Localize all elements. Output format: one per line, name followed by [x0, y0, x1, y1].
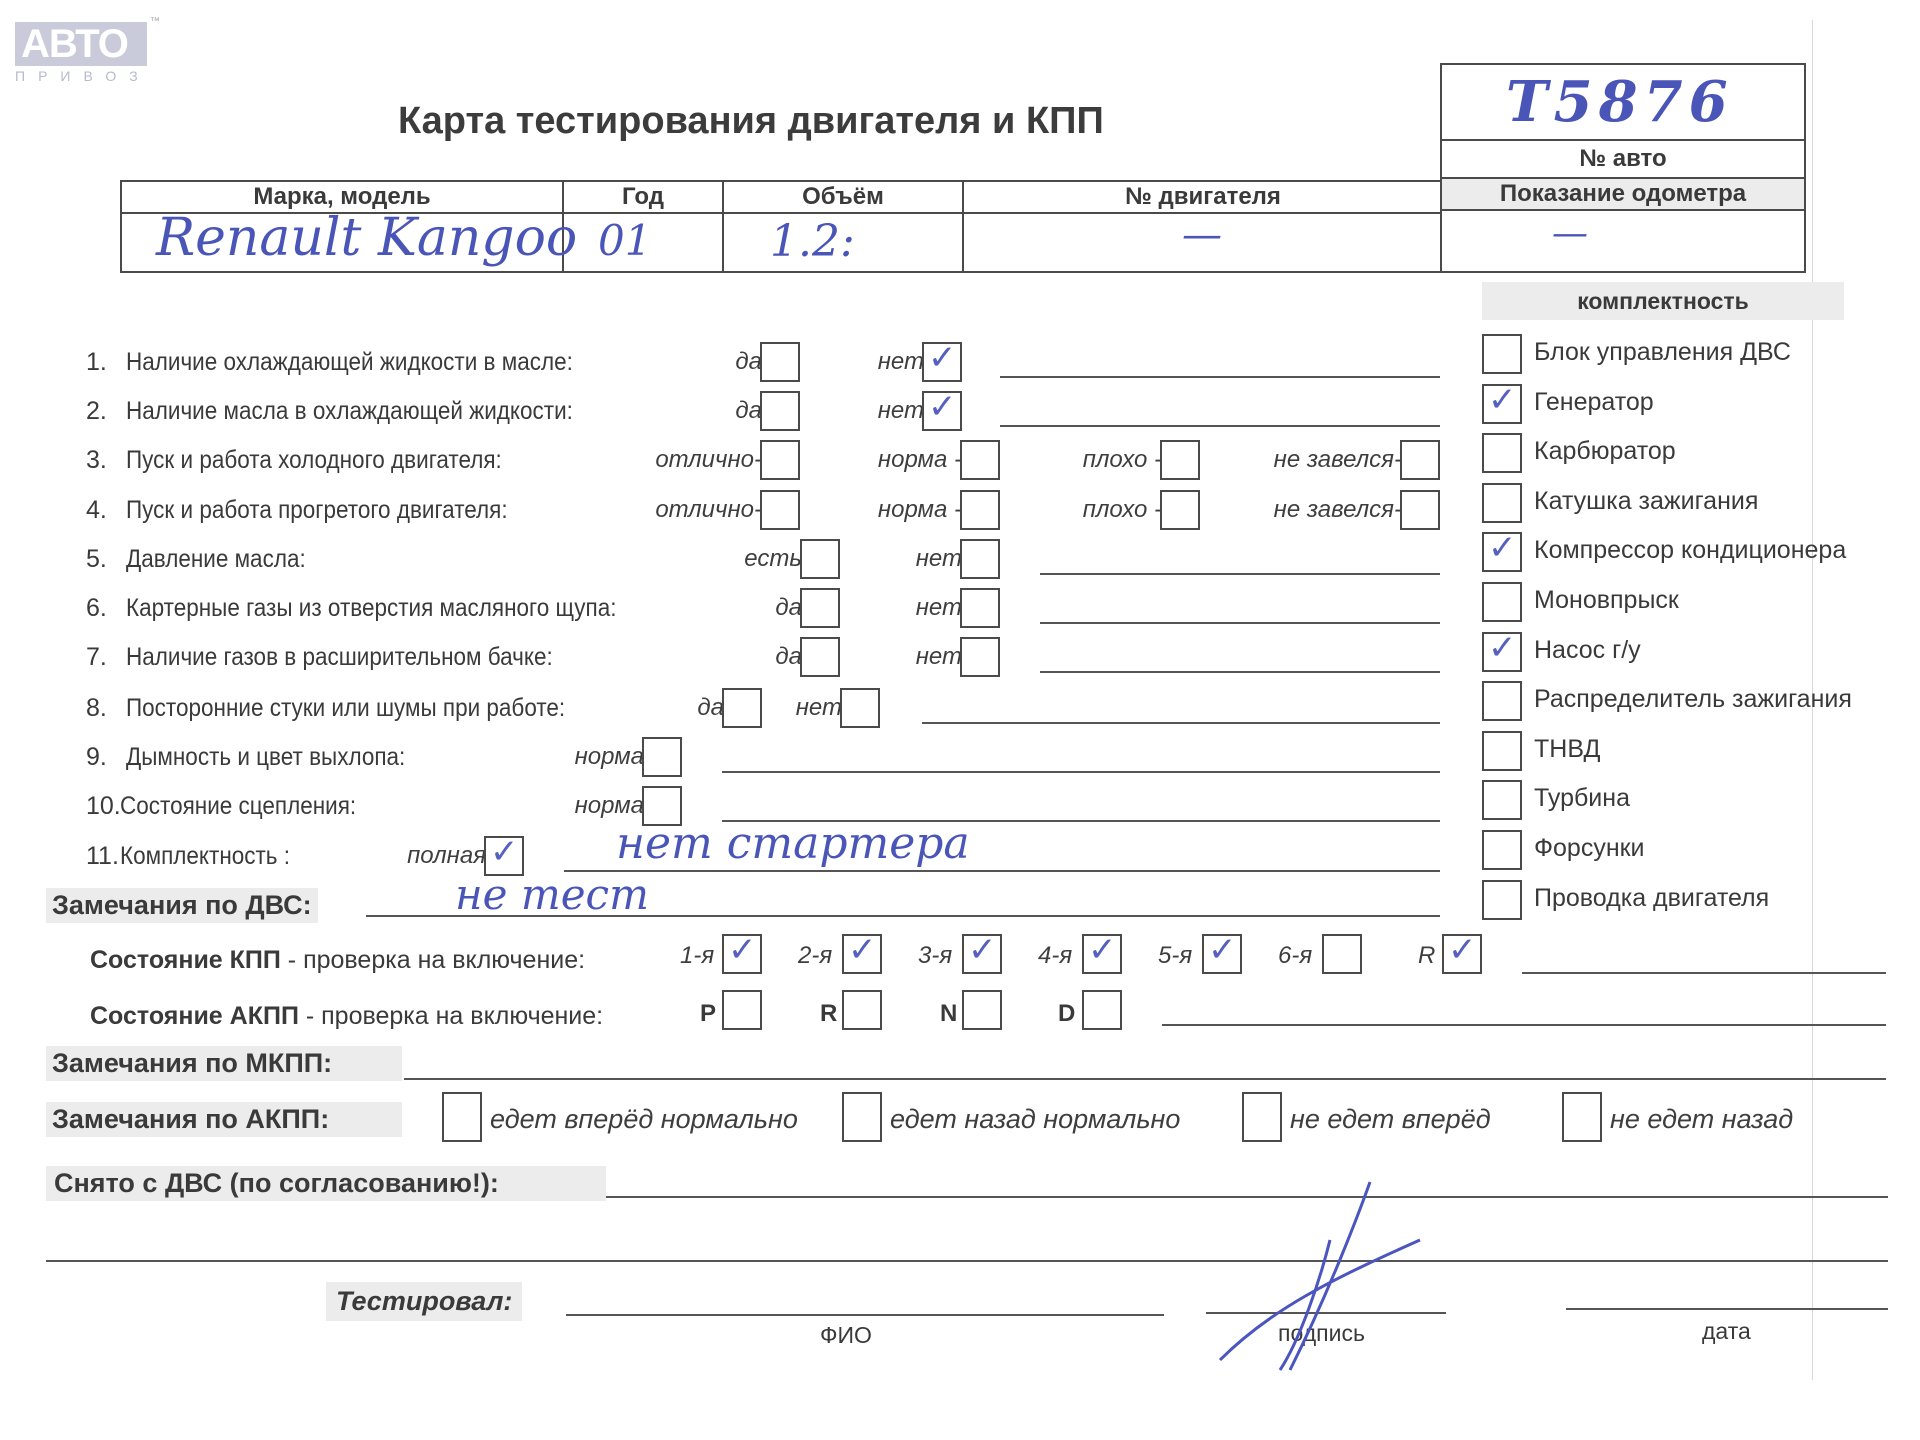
odometer-value-row: —	[1442, 211, 1804, 271]
check-notes-line[interactable]	[722, 771, 1440, 773]
completeness-checkbox[interactable]: ✓	[1482, 532, 1522, 572]
completeness-checkbox[interactable]: ✓	[1482, 632, 1522, 672]
fio-line[interactable]	[566, 1314, 1164, 1316]
check-notes-line[interactable]	[564, 870, 1440, 872]
removed-parts-label: Снято с ДВС (по согласованию!):	[46, 1166, 606, 1201]
akpp-option-checkbox[interactable]	[1562, 1092, 1602, 1142]
gear-checkbox[interactable]: ✓	[722, 934, 762, 974]
check-mark-icon: ✓	[928, 387, 957, 427]
auto-mode-label: P	[700, 1000, 716, 1028]
manual-gearbox-label: Состояние КПП - проверка на включение:	[90, 946, 585, 975]
check-mark-icon: ✓	[1448, 930, 1477, 970]
gear-checkbox[interactable]: ✓	[1442, 934, 1482, 974]
check-option-checkbox[interactable]	[960, 440, 1000, 480]
gear-label: 6-я	[1278, 942, 1312, 970]
check-option-label: нет	[916, 545, 962, 573]
check-option-checkbox[interactable]	[1400, 440, 1440, 480]
logo: АВТО	[15, 22, 147, 66]
check-mark-icon: ✓	[928, 338, 957, 378]
tested-by-label: Тестировал:	[326, 1282, 522, 1321]
completeness-item-label: Генератор	[1534, 388, 1654, 417]
completeness-item-label: Блок управления ДВС	[1534, 338, 1791, 367]
check-notes-line[interactable]	[1040, 671, 1440, 673]
manual-gearbox-label-rest: - проверка на включение:	[281, 946, 585, 974]
auto-mode-checkbox[interactable]	[962, 990, 1002, 1030]
manual-gearbox-label-bold: Состояние КПП	[90, 946, 281, 974]
completeness-title: комплектность	[1482, 282, 1844, 320]
completeness-checkbox[interactable]	[1482, 830, 1522, 870]
gear-checkbox[interactable]	[1322, 934, 1362, 974]
akpp-option-label: не едет вперёд	[1290, 1104, 1491, 1135]
check-item-label: Картерные газы из отверстия масляного щу…	[126, 594, 616, 623]
check-option-label: да	[775, 594, 802, 622]
check-option-checkbox[interactable]	[960, 490, 1000, 530]
check-option-checkbox[interactable]	[960, 637, 1000, 677]
check-item-number: 10.	[86, 792, 121, 821]
check-mark-icon: ✓	[848, 930, 877, 970]
check-option-label: нет	[916, 594, 962, 622]
make-model-cell: Марка, модель Renault Kangoo	[122, 182, 564, 271]
check-option-label: нет	[796, 694, 842, 722]
check-option-checkbox[interactable]	[760, 391, 800, 431]
check-mark-icon: ✓	[968, 930, 997, 970]
check-item-label: Наличие охлаждающей жидкости в масле:	[126, 348, 573, 377]
check-option-checkbox[interactable]	[1400, 490, 1440, 530]
auto-mode-checkbox[interactable]	[722, 990, 762, 1030]
car-number-value[interactable]: T5876	[1506, 69, 1734, 135]
check-option-checkbox[interactable]	[960, 539, 1000, 579]
volume-value[interactable]: 1.2:	[770, 216, 855, 267]
engine-number-cell: № двигателя —	[964, 182, 1442, 271]
check-option-label: нет	[878, 348, 924, 376]
completeness-item-label: Форсунки	[1534, 834, 1645, 863]
auto-gearbox-label: Состояние АКПП - проверка на включение:	[90, 1002, 603, 1031]
gear-label: 2-я	[798, 942, 832, 970]
completeness-checkbox[interactable]	[1482, 334, 1522, 374]
gear-label: 4-я	[1038, 942, 1072, 970]
gear-checkbox[interactable]: ✓	[1082, 934, 1122, 974]
completeness-checkbox[interactable]	[1482, 582, 1522, 622]
check-option-label: да	[775, 643, 802, 671]
check-option-checkbox[interactable]	[760, 440, 800, 480]
year-value[interactable]: 01	[598, 216, 651, 265]
check-mark-icon: ✓	[1488, 380, 1517, 420]
check-option-label: норма	[575, 792, 644, 820]
check-option-label: плохо -	[1083, 446, 1162, 474]
check-notes-line[interactable]	[1040, 573, 1440, 575]
auto-mode-checkbox[interactable]	[1082, 990, 1122, 1030]
check-mark-icon: ✓	[1488, 528, 1517, 568]
auto-gearbox-label-bold: Состояние АКПП	[90, 1002, 299, 1030]
check-option-label: полная	[407, 842, 486, 870]
akpp-option-label: едет назад нормально	[890, 1104, 1180, 1135]
check-option-checkbox[interactable]	[800, 637, 840, 677]
check-item-number: 6.	[86, 594, 107, 623]
completeness-item-label: Проводка двигателя	[1534, 884, 1769, 913]
check-notes-line[interactable]	[1000, 425, 1440, 427]
engine-number-value[interactable]: —	[1182, 212, 1222, 258]
engine-remarks-label: Замечания по ДВС:	[46, 888, 318, 923]
check-option-checkbox[interactable]	[722, 688, 762, 728]
completeness-checkbox[interactable]	[1482, 780, 1522, 820]
signature-scribble	[1210, 1170, 1430, 1380]
check-option-label: да	[697, 694, 724, 722]
check-item-label: Наличие масла в охлаждающей жидкости:	[126, 397, 573, 426]
check-item-number: 3.	[86, 446, 107, 475]
check-option-checkbox[interactable]: ✓	[922, 391, 962, 431]
auto-mode-label: N	[940, 1000, 957, 1028]
check-item-label: Пуск и работа холодного двигателя:	[126, 446, 502, 475]
auto-gearbox-notes-line[interactable]	[1162, 1024, 1886, 1026]
check-option-label: отлично-	[655, 496, 762, 524]
check-item-number: 1.	[86, 348, 107, 377]
check-option-checkbox[interactable]	[642, 737, 682, 777]
odometer-value[interactable]: —	[1552, 213, 1588, 254]
completeness-item-label: Карбюратор	[1534, 437, 1676, 466]
engine-remarks-value[interactable]: не тест	[455, 870, 649, 919]
check-mark-icon: ✓	[1088, 930, 1117, 970]
check-option-label: да	[735, 348, 762, 376]
completeness-note[interactable]: нет стартера	[616, 818, 970, 869]
check-option-checkbox[interactable]	[800, 588, 840, 628]
check-mark-icon: ✓	[490, 832, 519, 872]
akpp-option-checkbox[interactable]	[1242, 1092, 1282, 1142]
logo-trademark: ™	[150, 16, 160, 27]
fio-caption: ФИО	[820, 1322, 872, 1349]
akpp-option-checkbox[interactable]	[842, 1092, 882, 1142]
odometer-label: Показание одометра	[1442, 179, 1804, 211]
check-item-label: Состояние сцепления:	[120, 792, 356, 821]
check-option-checkbox[interactable]	[960, 588, 1000, 628]
check-mark-icon: ✓	[1208, 930, 1237, 970]
auto-gearbox-label-rest: - проверка на включение:	[299, 1002, 603, 1030]
check-item-label: Наличие газов в расширительном бачке:	[126, 643, 553, 672]
date-line[interactable]	[1566, 1308, 1888, 1310]
auto-mode-label: R	[820, 1000, 837, 1028]
completeness-item-label: Катушка зажигания	[1534, 487, 1758, 516]
gear-label: 3-я	[918, 942, 952, 970]
check-option-label: да	[735, 397, 762, 425]
check-option-label: нет	[916, 643, 962, 671]
check-option-label: отлично-	[655, 446, 762, 474]
akpp-remarks-label: Замечания по АКПП:	[46, 1102, 402, 1137]
gear-label: 5-я	[1158, 942, 1192, 970]
check-item-label: Давление масла:	[126, 545, 306, 574]
mkpp-remarks-line[interactable]	[404, 1078, 1886, 1080]
check-option-label: есть	[744, 545, 802, 573]
engine-number-label: № двигателя	[964, 182, 1442, 214]
completeness-item-label: Турбина	[1534, 784, 1630, 813]
check-item-number: 9.	[86, 743, 107, 772]
gear-checkbox[interactable]: ✓	[1202, 934, 1242, 974]
check-option-label: норма	[575, 743, 644, 771]
car-number-value-row: T5876	[1442, 65, 1804, 141]
check-item-number: 8.	[86, 694, 107, 723]
logo-subtitle: ПРИВОЗ	[15, 68, 151, 84]
car-number-odometer-box: T5876 № авто Показание одометра —	[1440, 63, 1806, 273]
check-option-label: плохо -	[1083, 496, 1162, 524]
gear-label: R	[1418, 942, 1435, 970]
check-item-label: Комплектность :	[120, 842, 290, 871]
page-title: Карта тестирования двигателя и КПП	[398, 100, 1104, 143]
check-notes-line[interactable]	[1040, 622, 1440, 624]
akpp-option-label: едет вперёд нормально	[490, 1104, 798, 1135]
check-notes-line[interactable]	[922, 722, 1440, 724]
check-mark-icon: ✓	[728, 930, 757, 970]
check-item-number: 2.	[86, 397, 107, 426]
date-caption: дата	[1702, 1318, 1751, 1345]
completeness-item-label: ТНВД	[1534, 735, 1600, 764]
volume-label: Объём	[724, 182, 962, 214]
check-option-checkbox[interactable]	[760, 342, 800, 382]
check-option-label: норма -	[878, 446, 962, 474]
volume-cell: Объём 1.2:	[724, 182, 964, 271]
year-cell: Год 01	[564, 182, 724, 271]
manual-gearbox-notes-line[interactable]	[1522, 972, 1886, 974]
completeness-checkbox[interactable]	[1482, 433, 1522, 473]
auto-mode-label: D	[1058, 1000, 1075, 1028]
auto-mode-checkbox[interactable]	[842, 990, 882, 1030]
gear-checkbox[interactable]: ✓	[842, 934, 882, 974]
make-model-value[interactable]: Renault Kangoo	[156, 208, 577, 268]
logo-brand: АВТО	[21, 22, 128, 66]
check-option-label: нет	[878, 397, 924, 425]
check-option-checkbox[interactable]	[840, 688, 880, 728]
gear-checkbox[interactable]: ✓	[962, 934, 1002, 974]
completeness-checkbox[interactable]	[1482, 483, 1522, 523]
check-item-number: 4.	[86, 496, 107, 525]
completeness-item-label: Распределитель зажигания	[1534, 685, 1852, 714]
year-label: Год	[564, 182, 722, 214]
removed-parts-line-2[interactable]	[46, 1260, 1888, 1262]
check-item-number: 5.	[86, 545, 107, 574]
check-option-label: не завелся-	[1274, 496, 1402, 524]
check-notes-line[interactable]	[1000, 376, 1440, 378]
check-item-label: Дымность и цвет выхлопа:	[126, 743, 405, 772]
check-option-checkbox[interactable]: ✓	[922, 342, 962, 382]
check-option-checkbox[interactable]	[800, 539, 840, 579]
car-number-label: № авто	[1442, 141, 1804, 179]
completeness-checkbox[interactable]	[1482, 731, 1522, 771]
check-option-checkbox[interactable]	[1160, 490, 1200, 530]
check-item-number: 11.	[86, 842, 119, 871]
check-mark-icon: ✓	[1488, 628, 1517, 668]
check-option-label: норма -	[878, 496, 962, 524]
check-item-number: 7.	[86, 643, 107, 672]
gear-label: 1-я	[680, 942, 714, 970]
completeness-checkbox[interactable]	[1482, 880, 1522, 920]
check-item-label: Посторонние стуки или шумы при работе:	[126, 694, 565, 723]
completeness-item-label: Компрессор кондиционера	[1534, 536, 1846, 565]
completeness-item-label: Моновпрыск	[1534, 586, 1679, 615]
check-option-checkbox[interactable]	[1160, 440, 1200, 480]
vehicle-info-table: Марка, модель Renault Kangoo Год 01 Объё…	[120, 180, 1442, 273]
completeness-checkbox[interactable]	[1482, 681, 1522, 721]
check-item-label: Пуск и работа прогретого двигателя:	[126, 496, 508, 525]
completeness-item-label: Насос г/у	[1534, 636, 1641, 665]
completeness-checkbox[interactable]: ✓	[1482, 384, 1522, 424]
mkpp-remarks-label: Замечания по МКПП:	[46, 1046, 402, 1081]
akpp-option-checkbox[interactable]	[442, 1092, 482, 1142]
check-option-label: не завелся-	[1274, 446, 1402, 474]
akpp-option-label: не едет назад	[1610, 1104, 1793, 1135]
check-option-checkbox[interactable]	[760, 490, 800, 530]
